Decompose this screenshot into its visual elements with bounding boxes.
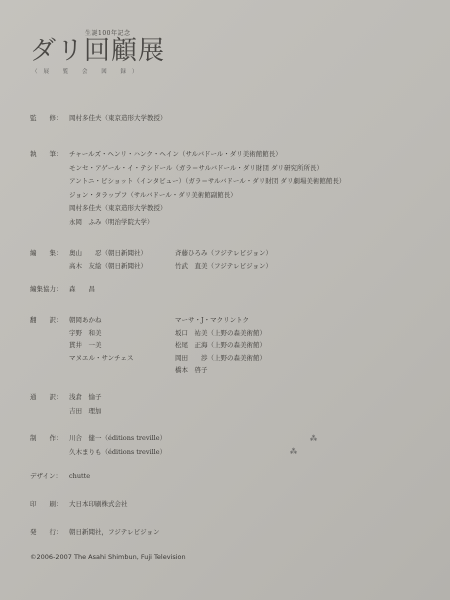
credit-entry: マヌエル・サンチェス — [69, 354, 133, 363]
speck-mark: ⁂ — [290, 448, 297, 456]
credit-entry: 岡村多佳夫（東京造形大学教授） — [69, 114, 167, 123]
credit-entry: アントニ・ピショット（インタビュー）（ガラ＝サルバドール・ダリ財団 ダリ劇場美術… — [69, 177, 345, 186]
catalog-label: （展 覧 会 図 録） — [32, 67, 144, 75]
credit-entry: 朝日新聞社，フジテレビジョン — [69, 528, 159, 537]
credit-entry: 奥山 忍（朝日新聞社） — [69, 249, 147, 258]
credit-entry: マーサ・J・マクリントク — [175, 316, 249, 325]
credit-label: デザイン： — [30, 472, 62, 481]
credit-entry: 久木まりも（éditions treville） — [69, 448, 166, 457]
credit-entry: 松尾 正海（上野の森美術館） — [175, 341, 266, 350]
credit-label: 編集協力： — [30, 285, 63, 294]
credit-entry: ジョン・タラップフ（サルバドール・ダリ美術館副館長） — [69, 191, 237, 200]
credit-entry: チャールズ・ヘンリ・ハンク・ヘイン（サルバドール・ダリ美術館館長） — [69, 150, 282, 159]
credit-entry: モンセ・アゲール・イ・テシドール（ガラ＝サルバドール・ダリ財団 ダリ研究所所長） — [69, 164, 323, 173]
credit-entry: 永岡 ふみ（明治学院大学） — [69, 218, 154, 227]
credit-entry: 岡村多佳夫（東京造形大学教授） — [69, 204, 167, 213]
credit-entry: 坂口 祐美（上野の森美術館） — [175, 329, 266, 338]
credit-entry: 浅倉 愉子 — [69, 393, 102, 402]
credit-label: 印 刷： — [30, 500, 63, 509]
credit-label: 通 訳： — [30, 393, 63, 402]
credit-label: 発 行： — [30, 528, 63, 537]
credit-entry: 竹武 直美（フジテレビジョン） — [175, 262, 272, 271]
credit-entry: 吉田 理加 — [69, 407, 102, 416]
credit-entry: 宇野 和美 — [69, 329, 102, 338]
credit-entry: 橋本 啓子 — [175, 366, 208, 375]
credit-entry: 川合 健一（éditions treville） — [69, 434, 166, 443]
credit-entry: 高木 友絵（朝日新聞社） — [69, 262, 147, 271]
credit-label: 監 修： — [30, 114, 63, 123]
credit-label: 制 作： — [30, 434, 63, 443]
page-title: ダリ回顧展 — [30, 30, 165, 67]
copyright: ©2006-2007 The Asahi Shimbun, Fuji Telev… — [30, 553, 186, 562]
speck-mark: ⁂ — [310, 435, 317, 443]
credit-entry: 大日本印刷株式会社 — [69, 500, 128, 509]
credit-entry: 斉藤ひろみ（フジテレビジョン） — [175, 249, 272, 258]
credit-label: 編 集： — [30, 249, 63, 258]
credit-entry: 朝岡あかね — [69, 316, 102, 325]
credit-entry: chutte — [69, 472, 90, 481]
credit-entry: 貫井 一美 — [69, 341, 102, 350]
credit-label: 翻 訳： — [30, 316, 63, 325]
credit-label: 執 筆： — [30, 150, 63, 159]
credit-entry: 岡田 渉（上野の森美術館） — [175, 354, 266, 363]
credit-entry: 森 昌 — [69, 285, 95, 294]
